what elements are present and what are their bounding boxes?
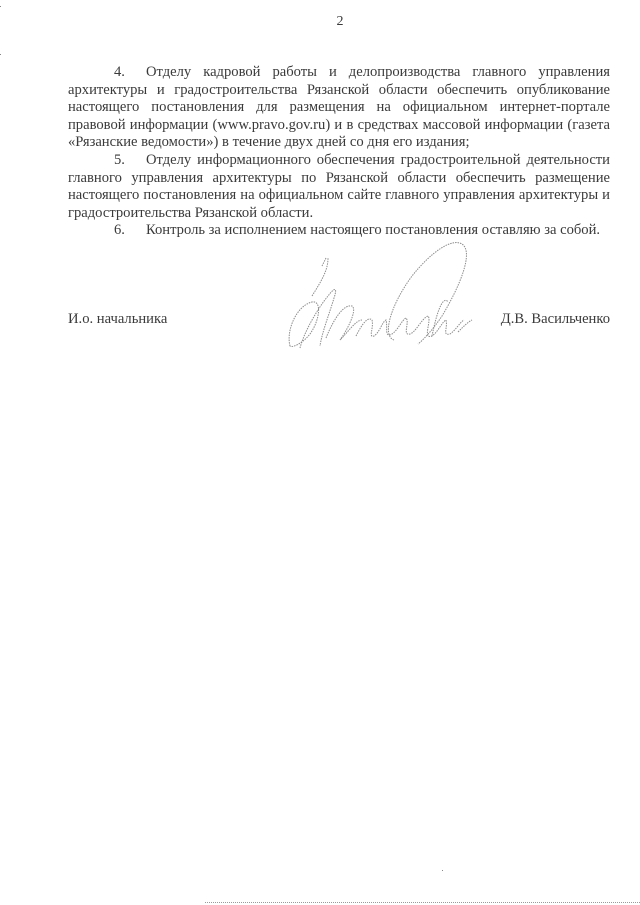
signatory-role: И.о. начальника [68,311,167,328]
paragraph-4: 4.Отделу кадровой работы и делопроизводс… [68,64,610,152]
handwritten-signature-icon [282,236,477,354]
paragraph-text: Отделу информационного обеспечения градо… [68,152,610,221]
scan-edge-line [205,902,640,904]
paragraph-number: 5. [114,152,146,170]
paragraph-5: 5.Отделу информационного обеспечения гра… [68,152,610,222]
document-body: 4.Отделу кадровой работы и делопроизводс… [68,64,610,240]
signatory-name: Д.В. Васильченко [501,311,610,328]
paragraph-number: 6. [114,222,146,240]
paragraph-text: Отделу кадровой работы и делопроизводств… [68,64,610,150]
scan-speck [0,6,1,7]
paragraph-number: 4. [114,64,146,82]
scan-speck [0,54,1,55]
page-number: 2 [0,14,640,30]
scan-speck [442,870,443,871]
